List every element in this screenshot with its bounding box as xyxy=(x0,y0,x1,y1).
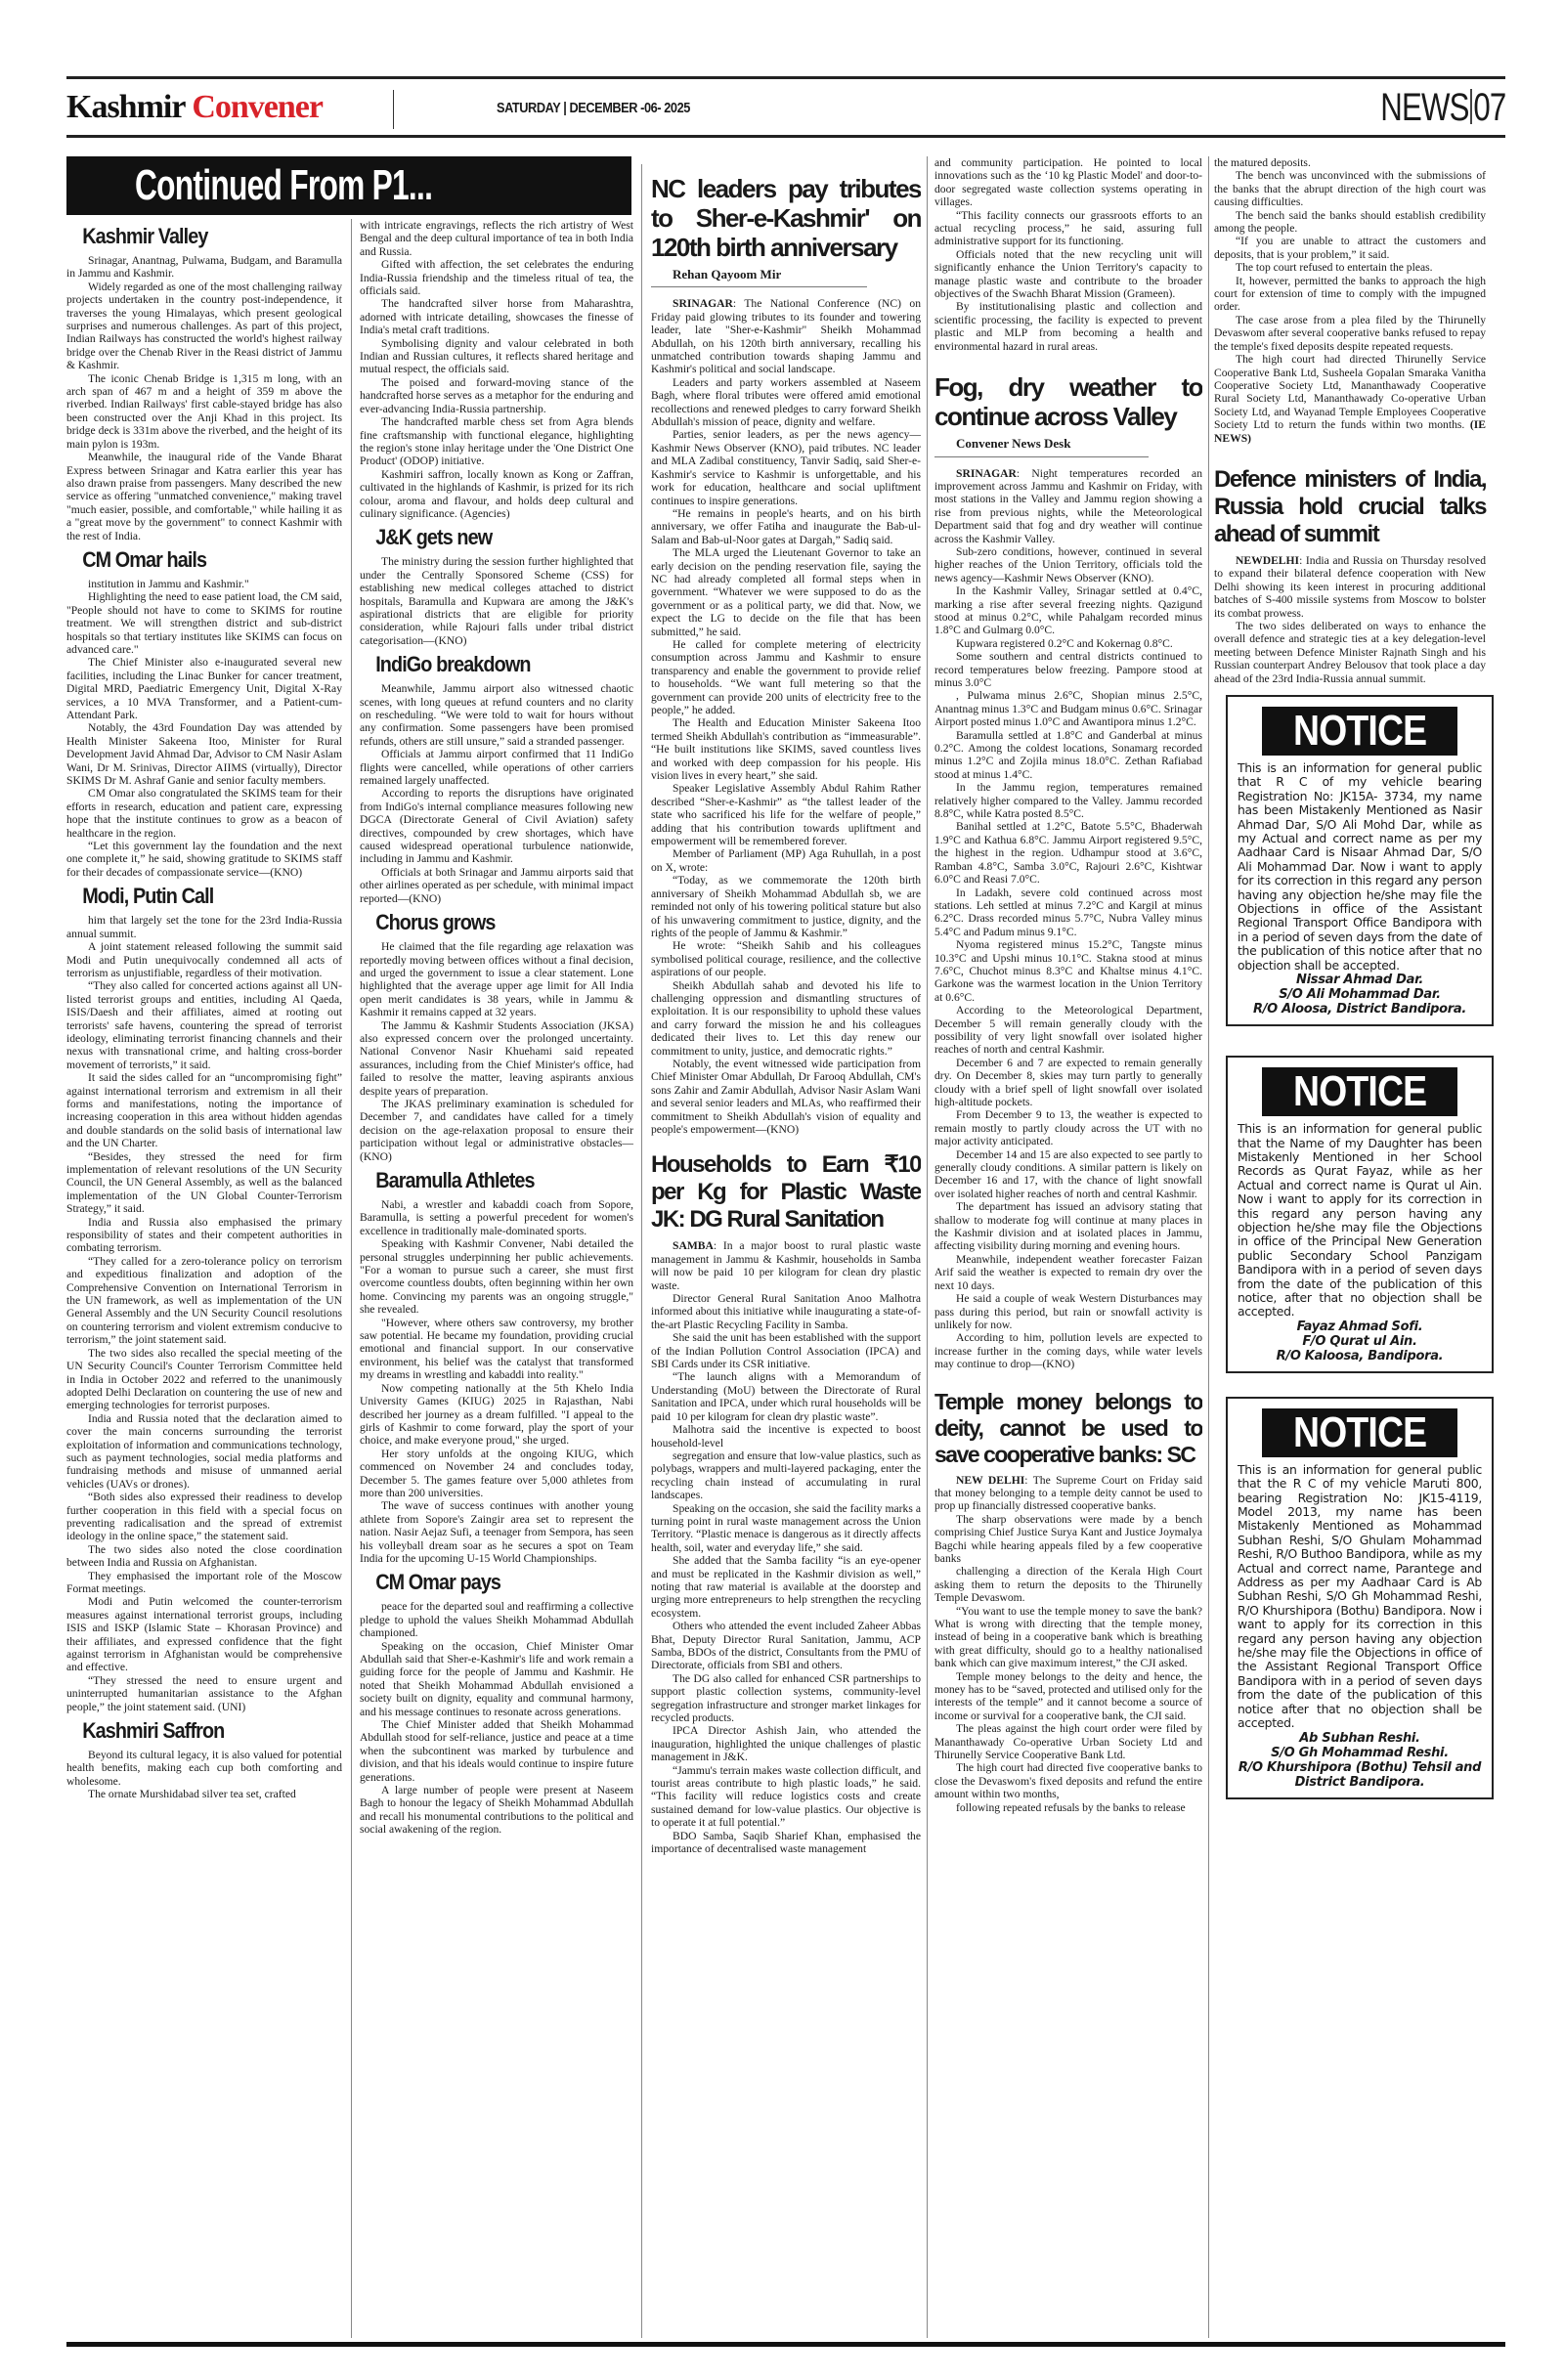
paragraph: The two sides deliberated on ways to enh… xyxy=(1214,620,1486,685)
notice-box-3: NOTICE This is an information for genera… xyxy=(1226,1397,1494,1799)
paragraph: "However, where others saw controversy, … xyxy=(360,1317,633,1382)
paragraph: According to the Meteorological Departme… xyxy=(934,1004,1202,1057)
paragraph: BDO Samba, Saqib Sharief Khan, emphasise… xyxy=(651,1830,921,1856)
paragraph: The pleas against the high court order w… xyxy=(934,1722,1202,1761)
paragraph: By institutionalising plastic and collec… xyxy=(934,300,1202,353)
notice-signature-name: Nissar Ahmad Dar. xyxy=(1238,973,1482,987)
paragraph: December 14 and 15 are also expected to … xyxy=(934,1148,1202,1201)
paragraph: him that largely set the tone for the 23… xyxy=(66,914,342,940)
paragraph: Director General Rural Sanitation Anoo M… xyxy=(651,1292,921,1331)
paragraph: Temple money belongs to the deity and he… xyxy=(934,1670,1202,1723)
section-name: NEWS xyxy=(1380,86,1468,129)
paragraph: Banihal settled at 1.2°C, Batote 5.5°C, … xyxy=(934,820,1202,886)
paragraph: challenging a direction of the Kerala Hi… xyxy=(934,1565,1202,1604)
paragraph: In Ladakh, severe cold continued across … xyxy=(934,887,1202,939)
paragraph: Notably, the 43rd Foundation Day was att… xyxy=(66,721,342,787)
paragraph: The Chief Minister also e-inaugurated se… xyxy=(66,656,342,721)
headline-households-plastic: Households to Earn ₹10 per Kg for Plasti… xyxy=(651,1151,921,1233)
paragraph: The poised and forward-moving stance of … xyxy=(360,376,633,415)
notice-signature-address: R/O Khurshipora (Bothu) Tehsil and Distr… xyxy=(1238,1760,1482,1790)
paragraph: India and Russia also emphasised the pri… xyxy=(66,1216,342,1255)
paragraph: The ministry during the session further … xyxy=(360,555,633,647)
dateline-location: NEWDELHI xyxy=(1236,554,1299,567)
column-3: NC leaders pay tributes to Sher-e-Kashmi… xyxy=(651,174,921,2338)
subhead-kashmir-valley: Kashmir Valley xyxy=(66,223,315,250)
paragraph: A joint statement released following the… xyxy=(66,940,342,979)
paragraph: “Today, as we commemorate the 120th birt… xyxy=(651,874,921,939)
page-number: 07 xyxy=(1473,86,1505,129)
byline: Convener News Desk xyxy=(934,437,1202,450)
paragraph: Notably, the event witnessed wide partic… xyxy=(651,1058,921,1136)
paragraph: Some southern and central districts cont… xyxy=(934,650,1202,689)
paragraph: “They called for a zero-tolerance policy… xyxy=(66,1255,342,1347)
paragraph: “They stressed the need to ensure urgent… xyxy=(66,1674,342,1713)
masthead-rule xyxy=(66,135,1505,138)
paragraph: The handcrafted silver horse from Mahara… xyxy=(360,297,633,336)
paragraph: Speaking on the occasion, she said the f… xyxy=(651,1502,921,1555)
paragraph: He wrote: “Sheikh Sahib and his colleagu… xyxy=(651,939,921,978)
paragraph: The high court had directed five coopera… xyxy=(934,1761,1202,1800)
byline: Rehan Qayoom Mir xyxy=(651,268,921,281)
paragraph: Nabi, a wrestler and kabaddi coach from … xyxy=(360,1198,633,1237)
paragraph: “The launch aligns with a Memorandum of … xyxy=(651,1370,921,1423)
paragraph: “Both sides also expressed their readine… xyxy=(66,1491,342,1543)
notice-signature-name: Ab Subhan Reshi. xyxy=(1238,1731,1482,1746)
paragraph: The bench was unconvinced with the submi… xyxy=(1214,169,1486,208)
paragraph: “He remains in people's hearts, and on h… xyxy=(651,507,921,546)
paragraph: the matured deposits. xyxy=(1214,156,1486,169)
paragraph: According to him, pollution levels are e… xyxy=(934,1331,1202,1370)
paragraph: Meanwhile, the inaugural ride of the Van… xyxy=(66,451,342,542)
notice-body: This is an information for general publi… xyxy=(1238,1463,1482,1731)
notice-signature-parent: S/O Ali Mohammad Dar. xyxy=(1238,987,1482,1002)
notice-title: NOTICE xyxy=(1262,1067,1457,1116)
paragraph: Kupwara registered 0.2°C and Kokernag 0.… xyxy=(934,637,1202,650)
notice-signature-address: R/O Kaloosa, Bandipora. xyxy=(1238,1349,1482,1363)
paragraph: He claimed that the file regarding age r… xyxy=(360,940,633,1018)
paragraph: Speaking on the occasion, Chief Minister… xyxy=(360,1640,633,1718)
headline-fog-weather: Fog, dry weather to continue across Vall… xyxy=(934,372,1202,431)
logo-kashmir: Kashmir xyxy=(66,89,185,125)
paragraph: “Let this government lay the foundation … xyxy=(66,840,342,879)
masthead: Kashmir Convener SATURDAY | DECEMBER -06… xyxy=(66,82,1505,131)
paragraph: Symbolising dignity and valour celebrate… xyxy=(360,337,633,376)
subhead-kashmiri-saffron: Kashmiri Saffron xyxy=(66,1717,315,1745)
paragraph: Sheikh Abdullah sahab and devoted his li… xyxy=(651,979,921,1058)
paragraph: Malhotra said the incentive is expected … xyxy=(651,1423,921,1450)
paragraph: Her story unfolds at the ongoing KIUG, w… xyxy=(360,1448,633,1500)
paragraph: The Health and Education Minister Sakeen… xyxy=(651,716,921,782)
paragraph: Speaker Legislative Assembly Abdul Rahim… xyxy=(651,782,921,847)
notice-signature-parent: S/O Gh Mohammad Reshi. xyxy=(1238,1746,1482,1760)
column-5: the matured deposits. The bench was unco… xyxy=(1214,156,1505,2338)
paragraph: SRINAGAR: The National Conference (NC) o… xyxy=(651,297,921,375)
headline-defence-ministers: Defence ministers of India, Russia hold … xyxy=(1214,466,1486,548)
paragraph: segregation and ensure that low-value pl… xyxy=(651,1450,921,1502)
paragraph: The bench said the banks should establis… xyxy=(1214,209,1486,236)
column-1: Kashmir Valley Srinagar, Anantnag, Pulwa… xyxy=(66,219,342,2338)
paragraph: “You want to use the temple money to sav… xyxy=(934,1605,1202,1670)
paragraph: From December 9 to 13, the weather is ex… xyxy=(934,1108,1202,1147)
paragraph: She said the unit has been established w… xyxy=(651,1331,921,1370)
paragraph: It, however, permitted the banks to appr… xyxy=(1214,275,1486,314)
notice-body: This is an information for general publi… xyxy=(1238,1122,1482,1320)
notice-box-2: NOTICE This is an information for genera… xyxy=(1226,1056,1494,1373)
paragraph: The sharp observations were made by a be… xyxy=(934,1513,1202,1566)
paragraph: The MLA urged the Lieutenant Governor to… xyxy=(651,546,921,638)
paragraph: The handcrafted marble chess set from Ag… xyxy=(360,415,633,468)
paragraph: Highlighting the need to ease patient lo… xyxy=(66,590,342,656)
paragraph: , Pulwama minus 2.6°C, Shopian minus 2.5… xyxy=(934,689,1202,728)
dateline: SATURDAY | DECEMBER -06- 2025 xyxy=(497,100,690,116)
section-separator xyxy=(1470,89,1472,124)
subhead-baramulla-athletes: Baramulla Athletes xyxy=(360,1167,606,1194)
paragraph: “If you are unable to attract the custom… xyxy=(1214,235,1486,261)
dateline-location: SAMBA xyxy=(673,1239,714,1252)
paragraph: Officials at Jammu airport confirmed tha… xyxy=(360,748,633,787)
paragraph: Baramulla settled at 1.8°C and Ganderbal… xyxy=(934,729,1202,782)
paragraph: He said a couple of weak Western Disturb… xyxy=(934,1292,1202,1331)
bottom-rule xyxy=(66,2342,1505,2347)
subhead-chorus-grows: Chorus grows xyxy=(360,909,606,936)
paragraph: He called for complete metering of elect… xyxy=(651,638,921,716)
newspaper-logo: Kashmir Convener xyxy=(66,88,323,127)
subhead-indigo-breakdown: IndiGo breakdown xyxy=(360,651,606,678)
continued-banner: Continued From P1... xyxy=(66,156,631,215)
masthead-divider xyxy=(393,90,394,129)
paragraph: Parties, senior leaders, as per the news… xyxy=(651,428,921,506)
paragraph: CM Omar also congratulated the SKIMS tea… xyxy=(66,787,342,840)
column-rule xyxy=(1208,156,1209,2338)
subhead-modi-putin: Modi, Putin Call xyxy=(66,883,315,910)
paragraph: Srinagar, Anantnag, Pulwama, Budgam, and… xyxy=(66,254,342,281)
paragraph: Officials noted that the new recycling u… xyxy=(934,248,1202,301)
paragraph: Modi and Putin welcomed the counter-terr… xyxy=(66,1595,342,1673)
paragraph: The ornate Murshidabad silver tea set, c… xyxy=(66,1788,342,1800)
notice-box-1: NOTICE This is an information for genera… xyxy=(1226,695,1494,1026)
paragraph: Beyond its cultural legacy, it is also v… xyxy=(66,1749,342,1788)
paragraph: Member of Parliament (MP) Aga Ruhullah, … xyxy=(651,847,921,874)
column-4: and community participation. He pointed … xyxy=(934,156,1202,2338)
paragraph: A large number of people were present at… xyxy=(360,1784,633,1837)
subhead-cm-omar-pays: CM Omar pays xyxy=(360,1569,606,1596)
paragraph: Officials at both Srinagar and Jammu air… xyxy=(360,866,633,905)
paragraph: IPCA Director Ashish Jain, who attended … xyxy=(651,1724,921,1763)
notice-signature-name: Fayaz Ahmad Sofi. xyxy=(1238,1320,1482,1334)
paragraph: NEWDELHI: India and Russia on Thursday r… xyxy=(1214,554,1486,620)
paragraph: The two sides also recalled the special … xyxy=(66,1347,342,1412)
paragraph: Speaking with Kashmir Convener, Nabi det… xyxy=(360,1237,633,1316)
notice-title: NOTICE xyxy=(1262,707,1457,756)
column-rule xyxy=(351,219,352,2338)
paragraph: Leaders and party workers assembled at N… xyxy=(651,376,921,429)
paragraph: Nyoma registered minus 15.2°C, Tangste m… xyxy=(934,938,1202,1004)
paragraph: It said the sides called for an “uncompr… xyxy=(66,1071,342,1149)
dateline-location: NEW DELHI xyxy=(956,1474,1024,1487)
paragraph: and community participation. He pointed … xyxy=(934,156,1202,209)
paragraph: Gifted with affection, the set celebrate… xyxy=(360,258,633,297)
headline-temple-money: Temple money belongs to deity, cannot be… xyxy=(934,1389,1202,1468)
column-rule xyxy=(641,164,642,2338)
paragraph: Meanwhile, independent weather forecaste… xyxy=(934,1253,1202,1292)
paragraph: institution in Jammu and Kashmir." xyxy=(66,578,342,590)
column-2: with intricate engravings, reflects the … xyxy=(360,219,633,2338)
paragraph: The wave of success continues with anoth… xyxy=(360,1499,633,1565)
paragraph: The case arose from a plea filed by the … xyxy=(1214,314,1486,353)
paragraph: The JKAS preliminary examination is sche… xyxy=(360,1098,633,1163)
subhead-cm-omar-hails: CM Omar hails xyxy=(66,546,315,574)
paragraph: The high court had directed Thirunelly S… xyxy=(1214,353,1486,445)
temple-continuation: the matured deposits. The bench was unco… xyxy=(1214,156,1505,685)
notice-title: NOTICE xyxy=(1262,1408,1457,1457)
logo-convener: Convener xyxy=(192,89,323,125)
paragraph: December 6 and 7 are expected to remain … xyxy=(934,1057,1202,1109)
dateline-location: SRINAGAR xyxy=(956,467,1017,480)
paragraph: Now competing nationally at the 5th Khel… xyxy=(360,1382,633,1448)
paragraph: NEW DELHI: The Supreme Court on Friday s… xyxy=(934,1474,1202,1513)
column-rule xyxy=(927,156,928,2338)
paragraph: The top court refused to entertain the p… xyxy=(1214,261,1486,274)
paragraph: peace for the departed soul and reaffirm… xyxy=(360,1600,633,1639)
paragraph: The DG also called for enhanced CSR part… xyxy=(651,1672,921,1725)
paragraph: “They also called for concerted actions … xyxy=(66,979,342,1071)
headline-nc-tributes: NC leaders pay tributes to Sher-e-Kashmi… xyxy=(651,174,921,262)
paragraph: According to reports the disruptions hav… xyxy=(360,787,633,865)
paragraph: with intricate engravings, reflects the … xyxy=(360,219,633,258)
paragraph: India and Russia noted that the declarat… xyxy=(66,1412,342,1491)
paragraph: following repeated refusals by the banks… xyxy=(934,1801,1202,1814)
paragraph: SAMBA: In a major boost to rural plastic… xyxy=(651,1239,921,1292)
paragraph: Meanwhile, Jammu airport also witnessed … xyxy=(360,682,633,748)
paragraph: In the Jammu region, temperatures remain… xyxy=(934,781,1202,820)
paragraph: The two sides also noted the close coord… xyxy=(66,1543,342,1570)
paragraph: She added that the Samba facility “is an… xyxy=(651,1554,921,1620)
section-label: NEWS07 xyxy=(1380,84,1505,131)
paragraph: Sub-zero conditions, however, continued … xyxy=(934,545,1202,584)
notice-signature-address: R/O Aloosa, District Bandipora. xyxy=(1238,1002,1482,1017)
paragraph: The Chief Minister added that Sheikh Moh… xyxy=(360,1718,633,1784)
paragraph: “Jammu's terrain makes waste collection … xyxy=(651,1764,921,1830)
paragraph: The Jammu & Kashmir Students Association… xyxy=(360,1019,633,1098)
byline-rule xyxy=(651,286,867,287)
paragraph: The iconic Chenab Bridge is 1,315 m long… xyxy=(66,372,342,451)
paragraph: They emphasised the important role of th… xyxy=(66,1570,342,1596)
notice-signature-parent: F/O Qurat ul Ain. xyxy=(1238,1334,1482,1349)
byline-rule xyxy=(934,456,1149,457)
top-rule xyxy=(66,76,1505,79)
paragraph: SRINAGAR: Night temperatures recorded an… xyxy=(934,467,1202,545)
paragraph: Widely regarded as one of the most chall… xyxy=(66,281,342,372)
dateline-location: SRINAGAR xyxy=(673,297,733,310)
notice-body: This is an information for general publi… xyxy=(1238,761,1482,973)
subhead-jk-gets-new: J&K gets new xyxy=(360,524,606,551)
paragraph: Kashmiri saffron, locally known as Kong … xyxy=(360,468,633,521)
paragraph: The department has issued an advisory st… xyxy=(934,1200,1202,1253)
paragraph: In the Kashmir Valley, Srinagar settled … xyxy=(934,584,1202,637)
paragraph: “This facility connects our grassroots e… xyxy=(934,209,1202,248)
paragraph: Others who attended the event included Z… xyxy=(651,1620,921,1672)
newspaper-page: Kashmir Convener SATURDAY | DECEMBER -06… xyxy=(66,76,1505,2344)
paragraph: “Besides, they stressed the need for fir… xyxy=(66,1150,342,1216)
